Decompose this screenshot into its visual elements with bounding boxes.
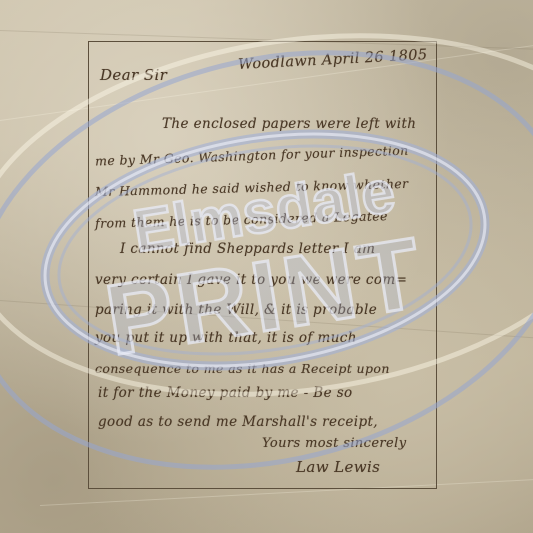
letter-line: consequence to me as it has a Receipt up…	[95, 361, 390, 376]
letter-line: good as to send me Marshall's receipt,	[98, 414, 378, 430]
salutation: Dear Sir	[100, 66, 167, 84]
letter-line: it for the Money paid by me - Be so	[98, 385, 353, 401]
letter-line: you put it up with that, it is of much	[95, 330, 357, 346]
letter-line: I cannot find Sheppards letter I am	[120, 241, 375, 257]
closing: Yours most sincerely	[262, 436, 406, 451]
letter-line: very certain I gave it to you we were co…	[95, 272, 407, 288]
letter-line: paring it with the Will, & it is probabl…	[95, 302, 377, 318]
signature: Law Lewis	[296, 458, 380, 476]
letter-line: The enclosed papers were left with	[162, 116, 416, 132]
